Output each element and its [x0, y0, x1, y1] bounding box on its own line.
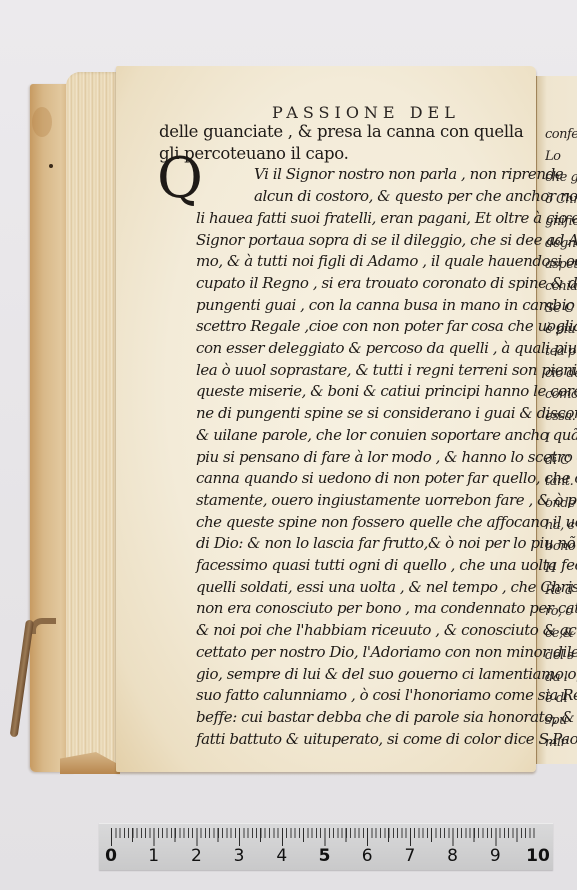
running-head: PASSIONE DEL: [272, 103, 460, 122]
text-line: & noi poi che l'habbiam riceuuto , & con…: [196, 620, 540, 642]
ruler-major-ticks: [111, 828, 538, 846]
measurement-ruler: 012345678910: [99, 823, 553, 870]
cover-spot: [49, 164, 53, 168]
text-line: facessimo quasi tutti ogni di quello , c…: [196, 555, 540, 577]
tie-strap-loop: [30, 618, 56, 634]
page-body-text: delle guanciate , & presa la canna con q…: [196, 121, 540, 750]
text-line: beffe: cui bastar debba che di parole si…: [196, 707, 540, 729]
cover-stain: [32, 107, 52, 137]
text-line: queste miserie, & boni & catiui principi…: [196, 381, 540, 403]
facing-text-fragment: confess: [545, 124, 577, 146]
text-line: delle guanciate , & presa la canna con q…: [159, 121, 540, 143]
ruler-label: 1: [148, 846, 159, 866]
text-line: mo, & à tutti noi figli di Adamo , il qu…: [196, 251, 540, 273]
text-line: cettato per nostro Dio, l'Adoriamo con n…: [196, 642, 540, 664]
ruler-label: 6: [362, 846, 373, 866]
text-line: gli percoteuano il capo.: [159, 143, 540, 165]
text-line: Vi il Signor nostro non parla , non ripr…: [196, 164, 540, 186]
ruler-label: 9: [490, 846, 501, 866]
page-edges-stack: [66, 72, 118, 768]
text-line: di Dio: & non lo lascia far frutto,& ò n…: [196, 533, 540, 555]
text-line: lea ò uuol soprastare, & tutti i regni t…: [196, 360, 540, 382]
text-line: gio, sempre di lui & del suo gouerno ci …: [196, 664, 540, 686]
text-line: canna quando si uedono di non poter far …: [196, 468, 540, 490]
ruler-label: 4: [276, 846, 287, 866]
text-line: piu si pensano di fare à lor modo , & ha…: [196, 447, 540, 469]
text-line: li haueа fatti suoi fratelli, eran pagan…: [196, 208, 540, 230]
text-line: fatti battuto & uituperato, si come di c…: [196, 729, 540, 751]
ruler-label: 3: [234, 846, 245, 866]
text-line: quelli soldati, essi una uolta , & nel t…: [196, 577, 540, 599]
text-line: ne di pungenti spine se si considerano i…: [196, 403, 540, 425]
text-line: alcun di costoro, & questo per che ancho…: [196, 186, 540, 208]
text-line: Signor portaua sopra di se il dileggio, …: [196, 230, 540, 252]
text-line: stamente, ouero ingiustamente uorrebon f…: [196, 490, 540, 512]
ruler-label: 5: [319, 846, 331, 866]
text-line: scettro Regale ,cioe con non poter far c…: [196, 316, 540, 338]
text-line: non era conosciuto per bono , ma condenn…: [196, 598, 540, 620]
ruler-label: 2: [191, 846, 202, 866]
text-line: che queste spine non fossero quelle che …: [196, 512, 540, 534]
text-line: & uilane parole, che lor conuien soporta…: [196, 425, 540, 447]
ruler-label: 7: [404, 846, 415, 866]
ruler-label: 8: [447, 846, 458, 866]
text-line: suo fatto calunniamo , ò cosi l'honoriam…: [196, 685, 540, 707]
ruler-label: 0: [105, 846, 117, 866]
text-line: pungenti guai , con la canna busa in man…: [196, 295, 540, 317]
text-line: con esser deleggiato & percoso da quelli…: [196, 338, 540, 360]
text-line: cupato il Regno , si era trouato coronat…: [196, 273, 540, 295]
ruler-label: 10: [526, 846, 550, 866]
